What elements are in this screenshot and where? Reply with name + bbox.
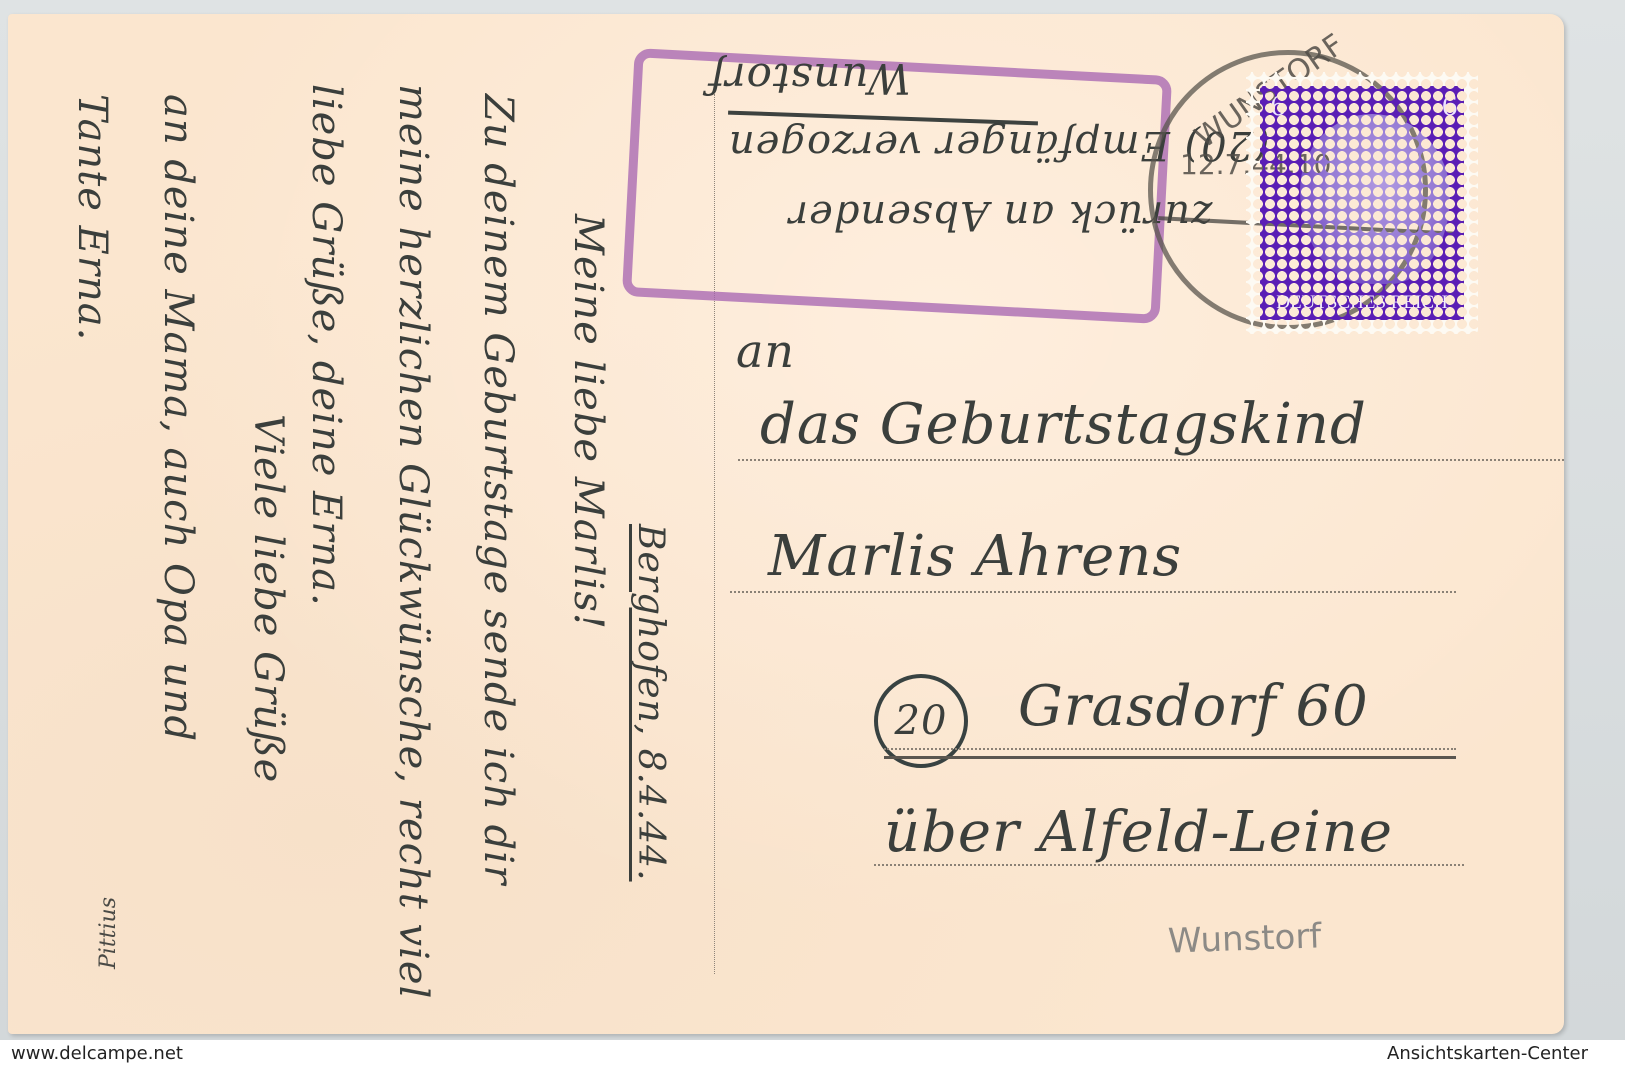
address-rule: [730, 591, 1456, 593]
postal-zone: 20: [874, 674, 968, 768]
message-line: Meine liebe Marlis!: [568, 214, 608, 630]
address-line-3: Grasdorf 60: [1018, 674, 1369, 739]
stamp-face: 6 6 DEUTSCHES REICH: [1260, 86, 1464, 320]
message-line: Viele liebe Grüße: [248, 414, 288, 783]
message-line: meine herzlichen Glückwünsche, recht vie…: [393, 84, 433, 999]
source-link[interactable]: www.delcampe.net: [11, 1043, 183, 1064]
seller-name: Ansichtskarten-Center: [1387, 1043, 1588, 1064]
address-line-1: das Geburtstagskind: [760, 392, 1367, 457]
message-line: Zu deinem Geburtstage sende ich dir: [478, 94, 518, 885]
stamp-portrait-icon: [1300, 114, 1450, 284]
place-date: Berghofen, 8.4.44.: [632, 524, 668, 882]
address-rule: [738, 459, 1564, 461]
pencil-note: Wunstorf: [1167, 916, 1322, 961]
address-line-4: über Alfeld-Leine: [884, 800, 1393, 865]
stamp-value: 6: [1270, 92, 1287, 122]
postage-stamp: 6 6 DEUTSCHES REICH: [1246, 72, 1478, 334]
address-rule: [874, 864, 1464, 866]
stamp-value: 6: [1441, 92, 1458, 122]
postcard: Meine liebe Marlis! Zu deinem Geburtstag…: [8, 14, 1564, 1034]
message-line: Tante Erna.: [72, 94, 112, 341]
watermark-bar: www.delcampe.net Ansichtskarten-Center: [0, 1040, 1625, 1070]
address-prefix: an: [736, 324, 795, 378]
handwritten-message: Meine liebe Marlis! Zu deinem Geburtstag…: [48, 54, 688, 1004]
address-rule: [884, 748, 1456, 750]
address-underline: [884, 756, 1456, 759]
artist-signature: Pittius: [96, 897, 121, 969]
address-line-2: Marlis Ahrens: [768, 524, 1182, 589]
message-line: liebe Grüße, deine Erna.: [306, 84, 346, 607]
redirect-note-line: Wunstorf: [708, 54, 911, 103]
message-line: an deine Mama, auch Opa und: [158, 94, 198, 742]
stamp-country: DEUTSCHES REICH: [1260, 292, 1464, 314]
